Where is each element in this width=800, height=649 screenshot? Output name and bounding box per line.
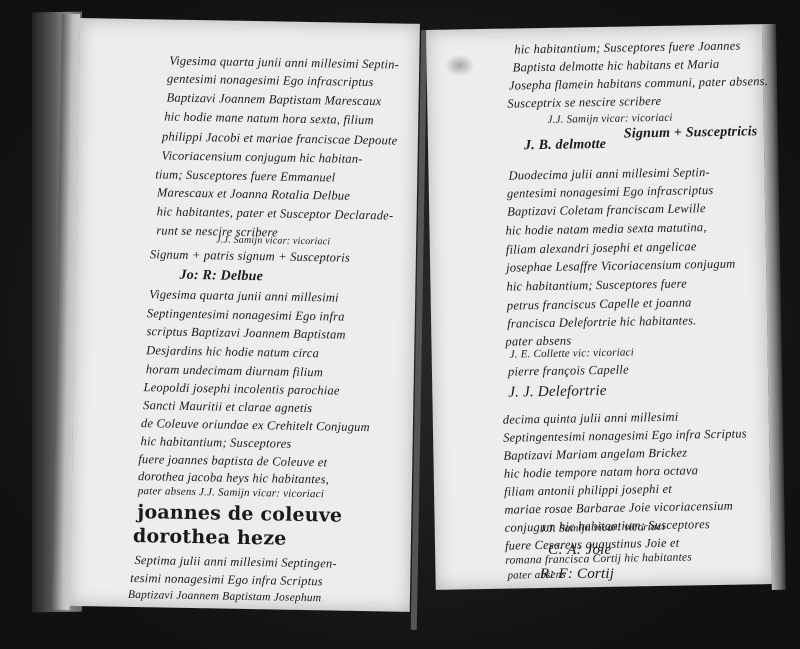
text-line: gentesimi nonagesimi Ego infrascriptus <box>167 72 374 91</box>
text-line: hic hodie natam media sexta matutina, <box>505 220 706 239</box>
text-line: Septima julii anni millesimi Septingen- <box>134 553 336 572</box>
text-line: hic habitantium; Susceptores fuere Joann… <box>514 39 740 58</box>
signature-marks: Signum + patris signum + Susceptoris <box>150 247 350 265</box>
text-line: filiam antonii philippi josephi et <box>504 482 672 500</box>
text-line: tesimi nonagesimi Ego infra Scriptus <box>130 571 323 589</box>
signature-capelle: pierre françois Capelle <box>508 363 629 380</box>
right-page: hic habitantium; Susceptores fuere Joann… <box>426 24 772 590</box>
text-line: Septingentesimi nonagesimi Ego infra <box>147 306 345 324</box>
signature-vicar: J.J. Samijn vicar: vicoriaci <box>216 234 330 247</box>
ink-smudge <box>444 54 474 77</box>
signature-delbue: Jo: R: Delbue <box>179 268 263 285</box>
signature-delefortrie: J. J. Delefortrie <box>508 383 607 402</box>
signature-vicar: J. E. Collette vic: vicoriaci <box>510 346 635 360</box>
text-line: Marescaux et Joanna Rotalia Delbue <box>157 185 350 203</box>
signature-de-coleuve: joannes de coleuve <box>137 501 342 527</box>
signature-delmotte: J. B. delmotte <box>524 137 606 154</box>
text-line: Baptista delmotte hic habitans et Maria <box>513 57 720 76</box>
text-line: mariae rosae Barbarae Joie vicoriacensiu… <box>504 499 733 518</box>
text-line: Vicoriacensium conjugum hic habitan- <box>161 148 362 167</box>
text-line: Septingentesimi nonagesimi Ego infra Scr… <box>503 426 747 445</box>
signature-cortij: R: F: Cortij <box>540 566 614 583</box>
text-line: gentesimi nonagesimi Ego infrascriptus <box>507 183 714 202</box>
text-line: petrus franciscus Capelle et joanna <box>507 295 692 313</box>
text-line: Desjardins hic hodie natum circa <box>146 343 319 361</box>
text-line: hic hodie mane natum hora sexta, filium <box>164 109 374 128</box>
signature-joie: C: A: Joie <box>548 542 611 559</box>
text-line: de Coleuve oriundae ex Crehitelt Conjugu… <box>141 416 370 435</box>
text-line: josephae Lesaffre Vicoriacensium conjugu… <box>506 257 736 276</box>
signature-vicar: J.J. Samijn vicar: vicoriaci <box>547 112 672 126</box>
text-line: Josepha flamein habitans communi, pater … <box>509 74 768 94</box>
text-line: Leopoldi josephi incolentis parochiae <box>143 380 339 398</box>
text-line: decima quinta julii anni millesimi <box>503 410 679 428</box>
text-line: hic habitantium; Susceptores <box>140 434 291 452</box>
text-line: Duodecima julii anni millesimi Septin- <box>508 165 710 184</box>
text-line: Baptizavi Joannem Baptistam Josephum <box>128 589 322 604</box>
text-line: pater absens J.J. Samijn vicar: vicoriac… <box>138 485 324 500</box>
text-line: filiam alexandri josephi et angelicae <box>506 239 697 257</box>
text-line: Vigesima quarta junii anni millesimi Sep… <box>169 54 399 73</box>
signature-heze: dorothea heze <box>133 525 287 550</box>
text-line: fuere joannes baptista de Coleuve et <box>138 452 327 470</box>
text-line: philippi Jacobi et mariae franciscae Dep… <box>162 129 398 148</box>
text-line: hic hodie tempore natam hora octava <box>504 463 699 481</box>
text-line: Vigesima quarta junii anni millesimi <box>149 287 339 305</box>
text-line: Baptizavi Joannem Baptistam Marescaux <box>166 91 381 110</box>
text-line: tium; Susceptores fuere Emmanuel <box>155 167 335 185</box>
text-line: scriptus Baptizavi Joannem Baptistam <box>146 324 345 342</box>
text-line: hic habitantes, pater et Susceptor Decla… <box>156 204 393 223</box>
text-line: francisca Delefortrie hic habitantes. <box>507 313 697 331</box>
text-line: hic habitantium; Susceptores fuere <box>506 276 687 294</box>
signature-marks: Signum + Susceptricis <box>624 124 758 142</box>
signature-vicar: J.J. Samijn vicar: vicoriaci <box>540 521 665 535</box>
text-line: Susceptrix se nescire scribere <box>507 94 661 112</box>
text-line: Sancti Mauritii et clarae agnetis <box>143 398 312 416</box>
left-page: Vigesima quarta junii anni millesimi Sep… <box>70 18 420 612</box>
text-line: horam undecimam diurnam filium <box>146 362 323 380</box>
text-line: Baptizavi Coletam franciscam Lewille <box>507 201 706 219</box>
text-line: Baptizavi Mariam angelam Brickez <box>503 446 687 464</box>
